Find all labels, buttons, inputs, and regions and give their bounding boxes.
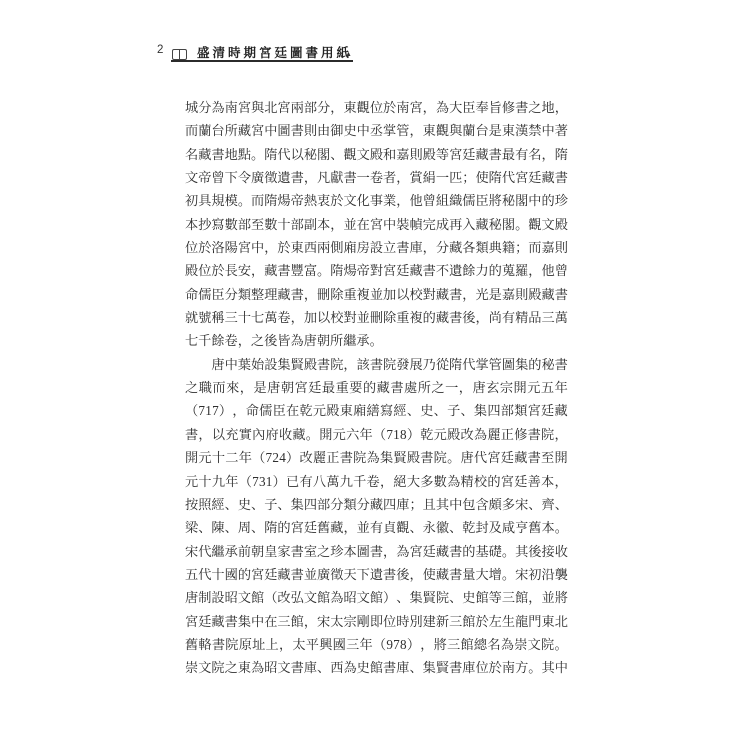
title-end-mark-icon: ▲ — [345, 51, 352, 58]
text-line: 崇文院之東為昭文書庫、西為史館書庫、集賢書庫位於南方。其中 — [185, 656, 568, 679]
text-line: 五代十國的宮廷藏書並廣徵天下遺書後，使藏書量大增。宋初沿襲 — [185, 563, 568, 586]
text-line: 文帝曾下令廣徵遺書，凡獻書一卷者，賞絹一匹；使隋代宮廷藏書 — [185, 166, 568, 189]
text-line: 殿位於長安，藏書豐富。隋煬帝對宮廷藏書不遺餘力的蒐羅，他曾 — [185, 259, 568, 282]
text-line: 宮廷藏書集中在三館，宋太宗剛即位時別建新三館於左生龍門東北 — [185, 610, 568, 633]
book-page: 2 盛清時期宮廷圖書用紙 ▲ 城分為南宮與北宮兩部分，東觀位於南宮，為大臣奉旨修… — [0, 0, 750, 750]
text-line: 本抄寫數部至數十部副本，並在宮中裝幀完成再入藏秘閣。觀文殿 — [185, 213, 568, 236]
text-line: 書，以充實內府收藏。開元六年（718）乾元殿改為麗正修書院， — [185, 423, 568, 446]
text-line: 城分為南宮與北宮兩部分，東觀位於南宮，為大臣奉旨修書之地， — [185, 96, 568, 119]
text-line: 命儒臣分類整理藏書，刪除重複並加以校對藏書，光是嘉則殿藏書 — [185, 283, 568, 306]
body-text: 城分為南宮與北宮兩部分，東觀位於南宮，為大臣奉旨修書之地，而蘭台所藏宮中圖書則由… — [185, 96, 568, 680]
text-line: 按照經、史、子、集四部分類分藏四庫；且其中包含頗多宋、齊、 — [185, 493, 568, 516]
running-head-title: 盛清時期宮廷圖書用紙 — [197, 43, 352, 61]
text-line: 就號稱三十七萬卷，加以校對並刪除重複的藏書後，尚有精品三萬 — [185, 306, 568, 329]
text-line: 初具規模。而隋煬帝熱衷於文化事業，他曾組織儒臣將秘閣中的珍 — [185, 189, 568, 212]
page-number: 2 — [157, 44, 163, 56]
text-line: 舊輅書院原址上，太平興國三年（978），將三館總名為崇文院。 — [185, 633, 568, 656]
text-line: 而蘭台所藏宮中圖書則由御史中丞掌管，東觀與蘭台是東漢禁中著 — [185, 119, 568, 142]
text-line: 名藏書地點。隋代以秘閣、觀文殿和嘉則殿等宮廷藏書最有名，隋 — [185, 143, 568, 166]
text-line: 位於洛陽宮中，於東西兩側廂房設立書庫，分藏各類典籍；而嘉則 — [185, 236, 568, 259]
text-line: 唐中葉始設集賢殿書院，該書院發展乃從隋代掌管圖集的秘書 — [185, 353, 568, 376]
text-line: 七千餘卷，之後皆為唐朝所繼承。 — [185, 329, 568, 352]
open-book-icon — [172, 47, 187, 58]
text-line: 梁、陳、周、隋的宮廷舊藏，並有貞觀、永徽、乾封及咸亨舊本。 — [185, 516, 568, 539]
text-line: （717），命儒臣在乾元殿東廂繕寫經、史、子、集四部類宮廷藏 — [185, 399, 568, 422]
title-underline-rule — [171, 60, 353, 62]
text-line: 宋代繼承前朝皇家書室之珍本圖書，為宮廷藏書的基礎。其後接收 — [185, 540, 568, 563]
text-line: 元十九年（731）已有八萬九千卷，絕大多數為精校的宮廷善本， — [185, 470, 568, 493]
text-line: 之職而來，是唐朝宮廷最重要的藏書處所之一，唐玄宗開元五年 — [185, 376, 568, 399]
text-line: 唐制設昭文館（改弘文館為昭文館）、集賢院、史館等三館，並將 — [185, 586, 568, 609]
text-line: 開元十二年（724）改麗正書院為集賢殿書院。唐代宮廷藏書至開 — [185, 446, 568, 469]
